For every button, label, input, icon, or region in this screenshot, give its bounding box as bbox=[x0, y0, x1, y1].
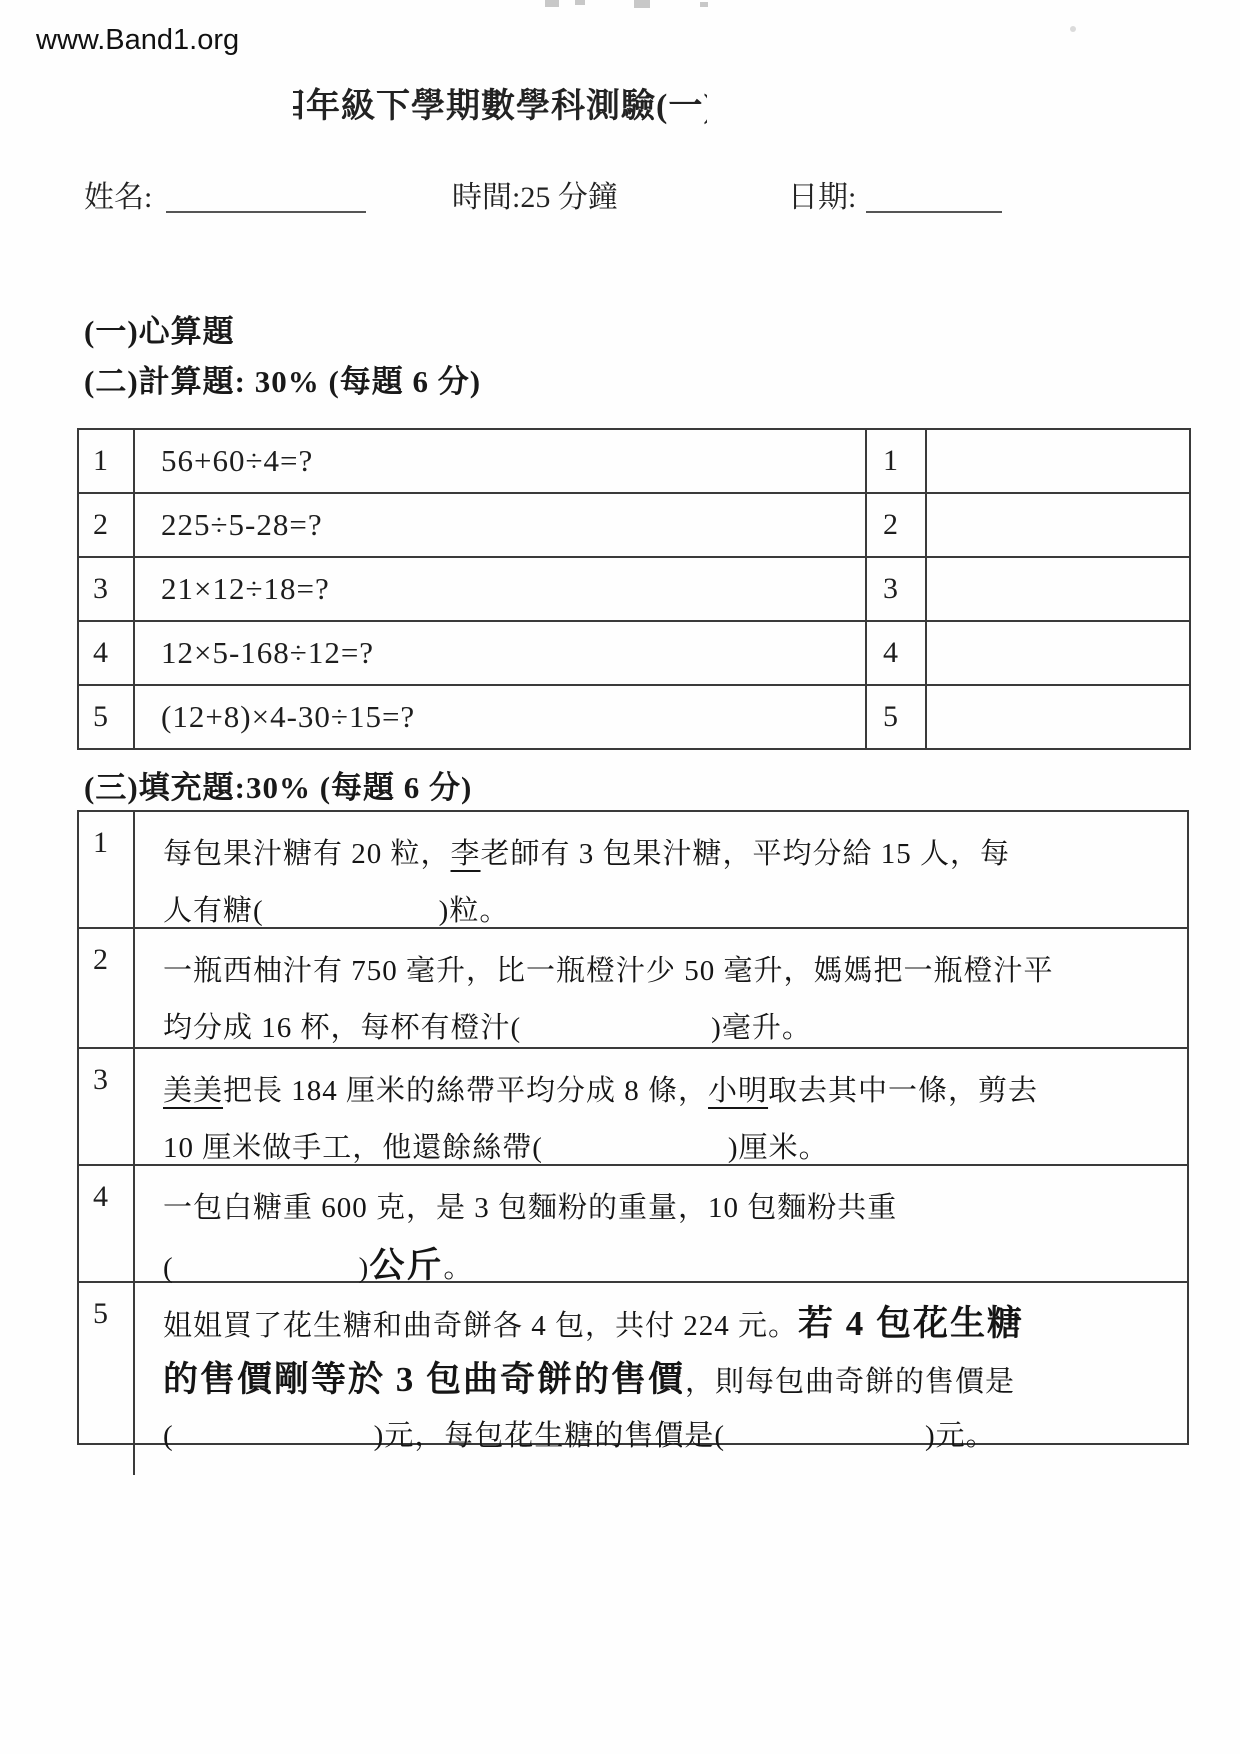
problem-text: (12+8)×4-30÷15=? bbox=[135, 686, 867, 748]
question-text: 姐姐買了花生糖和曲奇餅各 4 包，共付 224 元。若 4 包花生糖的售價剛等於… bbox=[135, 1283, 1187, 1475]
answer-number: 3 bbox=[867, 558, 927, 620]
problem-text: 225÷5-28=? bbox=[135, 494, 867, 556]
text-run: ( bbox=[163, 1252, 174, 1284]
row-number: 5 bbox=[79, 1283, 135, 1475]
scan-artifact bbox=[700, 2, 708, 7]
scan-artifact bbox=[575, 0, 585, 5]
text-run: 每包果汁糖有 20 粒， bbox=[163, 838, 451, 870]
text-run: 把長 184 厘米的絲帶平均分成 8 條， bbox=[223, 1075, 708, 1107]
table-row: 2 225÷5-28=? 2 bbox=[79, 494, 1189, 558]
answer-number: 4 bbox=[867, 622, 927, 684]
row-number: 4 bbox=[79, 622, 135, 684]
site-watermark: www.Band1.org bbox=[36, 24, 239, 57]
section-1-heading: (一)心算題 bbox=[84, 306, 235, 351]
text-run: )毫升。 bbox=[711, 1012, 812, 1044]
text-run: 美美 bbox=[163, 1075, 223, 1107]
text-run: 老師有 3 包果汁糖，平均分給 15 人，每 bbox=[481, 838, 1011, 870]
table-row: 1 每包果汁糖有 20 粒，李老師有 3 包果汁糖，平均分給 15 人，每人有糖… bbox=[79, 812, 1187, 929]
text-run: 李 bbox=[451, 838, 481, 870]
date-label: 日期: bbox=[788, 181, 856, 214]
table-row: 3 美美把長 184 厘米的絲帶平均分成 8 條，小明取去其中一條，剪去10 厘… bbox=[79, 1049, 1187, 1166]
scan-artifact bbox=[634, 0, 650, 8]
row-number: 3 bbox=[79, 558, 135, 620]
text-run: 一瓶西柚汁有 750 毫升，比一瓶橙汁少 50 毫升，媽媽把一瓶橙汁平 bbox=[163, 955, 1054, 987]
text-run: ) bbox=[359, 1252, 370, 1284]
text-run: )元，每包花生糖的售價是( bbox=[374, 1420, 725, 1452]
row-number: 2 bbox=[79, 929, 135, 1069]
name-field: 姓名: bbox=[84, 172, 366, 216]
table-row: 4 12×5-168÷12=? 4 bbox=[79, 622, 1189, 686]
calculation-table: 1 56+60÷4=? 1 2 225÷5-28=? 2 3 21×12÷18=… bbox=[77, 428, 1191, 750]
scanned-test-paper: { "watermark": "www.Band1.org", "title":… bbox=[0, 0, 1240, 1754]
table-row: 2 一瓶西柚汁有 750 毫升，比一瓶橙汁少 50 毫升，媽媽把一瓶橙汁平均分成… bbox=[79, 929, 1187, 1049]
text-run: 一包白糖重 600 克，是 3 包麵粉的重量，10 包麵粉共重 bbox=[163, 1192, 897, 1224]
problem-text: 21×12÷18=? bbox=[135, 558, 867, 620]
table-row: 5 (12+8)×4-30÷15=? 5 bbox=[79, 686, 1189, 750]
text-run: )元。 bbox=[925, 1420, 996, 1452]
section-2-heading: (二)計算題: 30% (每題 6 分) bbox=[84, 356, 481, 401]
answer-number: 1 bbox=[867, 430, 927, 492]
row-number: 2 bbox=[79, 494, 135, 556]
text-run: 均分成 16 杯，每杯有橙汁( bbox=[163, 1012, 521, 1044]
text-run: 人有糖( bbox=[163, 895, 264, 927]
time-label: 時間:25 分鐘 bbox=[452, 172, 618, 216]
row-number: 5 bbox=[79, 686, 135, 748]
text-run: )粒。 bbox=[439, 895, 510, 927]
text-run: 。 bbox=[443, 1252, 473, 1284]
problem-text: 12×5-168÷12=? bbox=[135, 622, 867, 684]
table-row: 1 56+60÷4=? 1 bbox=[79, 430, 1189, 494]
text-run: ( bbox=[163, 1420, 174, 1452]
text-run: 的售價剛等於 3 包曲奇餅的售價 bbox=[163, 1360, 685, 1399]
problem-text: 56+60÷4=? bbox=[135, 430, 867, 492]
text-run: 小明 bbox=[708, 1075, 768, 1107]
name-blank-line bbox=[166, 181, 366, 213]
page-title: 四年級下學期數學科測驗(一) bbox=[293, 78, 707, 128]
answer-cell bbox=[927, 430, 1189, 492]
table-row: 3 21×12÷18=? 3 bbox=[79, 558, 1189, 622]
row-number: 1 bbox=[79, 430, 135, 492]
name-label: 姓名: bbox=[84, 181, 152, 214]
scan-artifact bbox=[545, 0, 559, 7]
question-text: 一瓶西柚汁有 750 毫升，比一瓶橙汁少 50 毫升，媽媽把一瓶橙汁平均分成 1… bbox=[135, 929, 1187, 1069]
date-blank-line bbox=[866, 181, 1002, 213]
scan-artifact bbox=[1070, 26, 1076, 32]
text-run: 姐姐買了花生糖和曲奇餅各 4 包，共付 224 元。 bbox=[163, 1310, 798, 1342]
section-3-heading: (三)填充題:30% (每題 6 分) bbox=[84, 762, 472, 807]
fill-in-table: 1 每包果汁糖有 20 粒，李老師有 3 包果汁糖，平均分給 15 人，每人有糖… bbox=[77, 810, 1189, 1445]
text-run: 公斤 bbox=[369, 1246, 443, 1285]
text-run: 取去其中一條，剪去 bbox=[768, 1075, 1038, 1107]
text-run: )厘米。 bbox=[728, 1132, 829, 1164]
table-row: 5 姐姐買了花生糖和曲奇餅各 4 包，共付 224 元。若 4 包花生糖的售價剛… bbox=[79, 1283, 1187, 1445]
table-row: 4 一包白糖重 600 克，是 3 包麵粉的重量，10 包麵粉共重()公斤。 bbox=[79, 1166, 1187, 1283]
answer-cell bbox=[927, 622, 1189, 684]
text-run: ，則每包曲奇餅的售價是 bbox=[685, 1366, 1015, 1398]
date-field: 日期: bbox=[788, 172, 1002, 216]
page-title-text: 四年級下學期數學科測驗(一) bbox=[293, 78, 707, 127]
answer-number: 2 bbox=[867, 494, 927, 556]
answer-cell bbox=[927, 494, 1189, 556]
answer-number: 5 bbox=[867, 686, 927, 748]
text-run: 若 4 包花生糖 bbox=[798, 1304, 1024, 1343]
answer-cell bbox=[927, 558, 1189, 620]
text-run: 10 厘米做手工，他還餘絲帶( bbox=[163, 1132, 543, 1164]
answer-cell bbox=[927, 686, 1189, 748]
